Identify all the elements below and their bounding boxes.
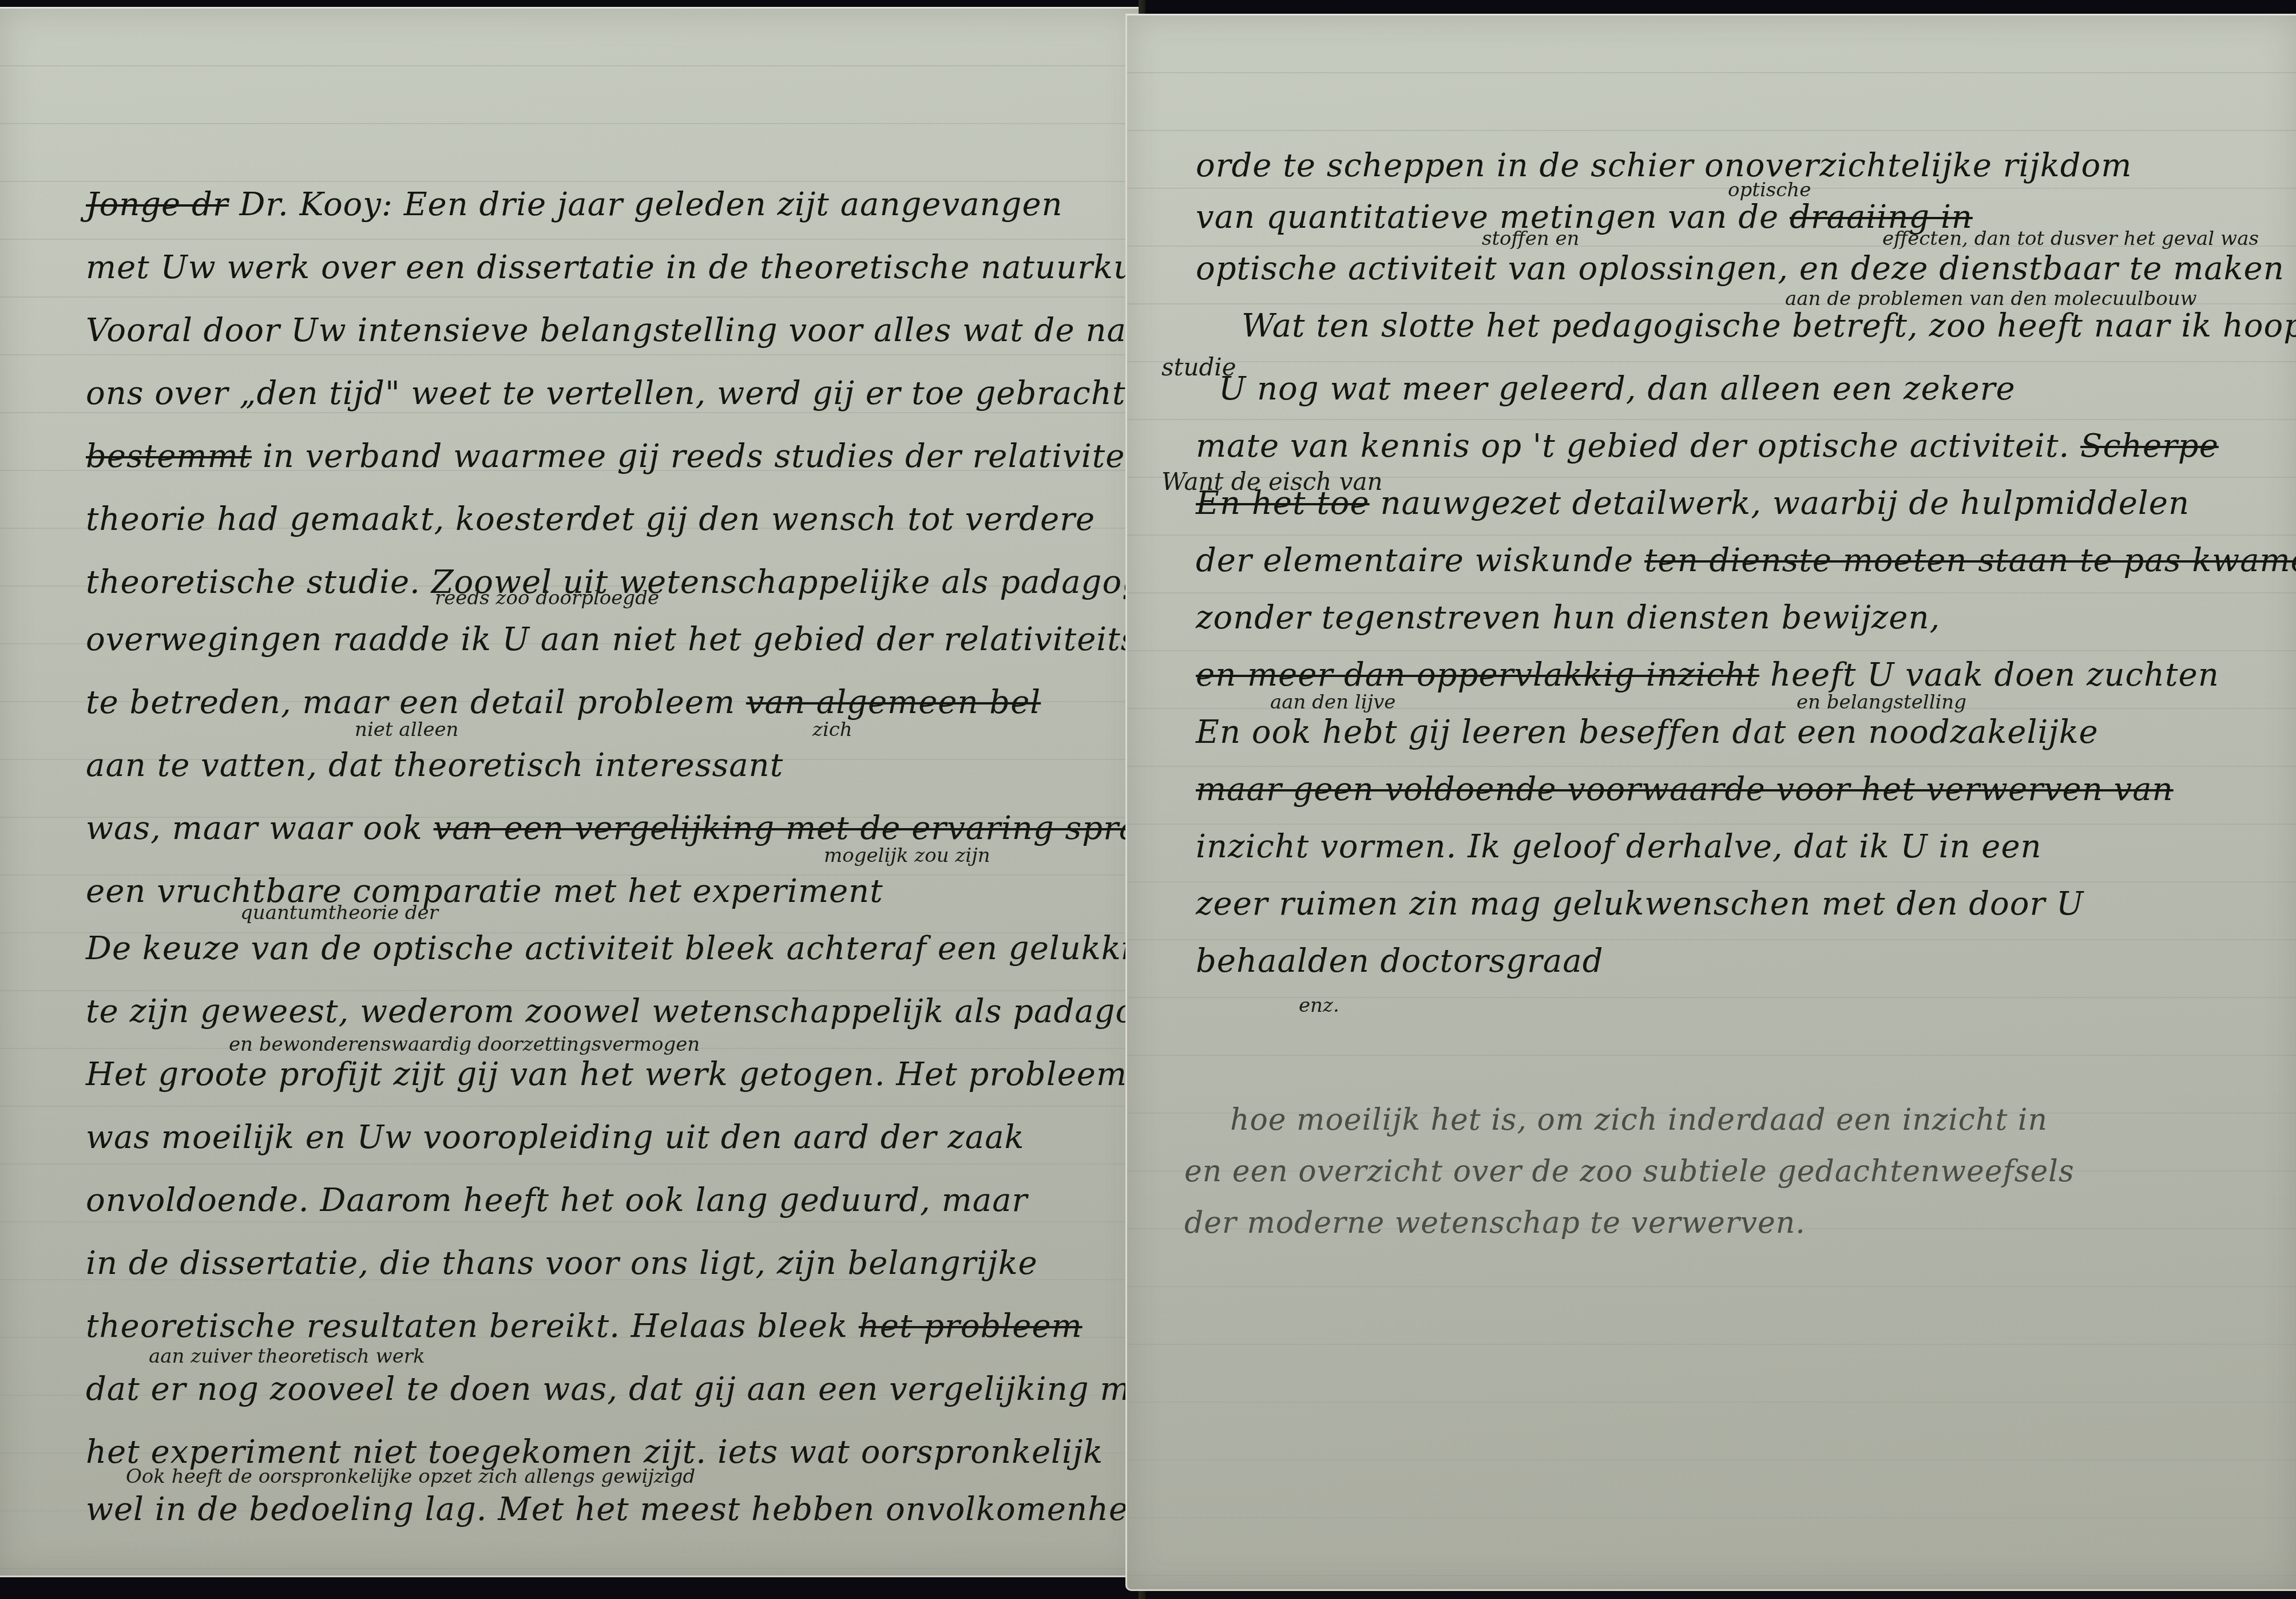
line-8: der elementaire wiskunde ten dienste moe… xyxy=(1196,542,2296,579)
struck-text: en meer dan oppervlakkig inzicht xyxy=(1196,656,1759,694)
insertion-note: optische xyxy=(1728,179,1811,201)
line-19: theoretische resultaten bereikt. Helaas … xyxy=(86,1308,1082,1345)
line-10: aan te vatten, dat theoretisch interessa… xyxy=(86,747,783,784)
line-15: behaalden doctorsgraad xyxy=(1196,943,1603,980)
line-4: Wat ten slotte het pedagogische betreft,… xyxy=(1242,307,2296,345)
insertion-note: effecten, dan tot dusver het geval was xyxy=(1882,227,2259,250)
line-15: Het groote profijt zijt gij van het werk… xyxy=(86,1056,1127,1093)
line-1: Jonge dr Dr. Kooy: Een drie jaar geleden… xyxy=(86,186,1063,223)
struck-text: Jonge dr xyxy=(86,186,229,223)
line-10: en meer dan oppervlakkig inzicht heeft U… xyxy=(1196,656,2219,694)
line-text: Dr. Kooy: Een drie jaar geleden zijt aan… xyxy=(239,186,1062,223)
struck-text: bestemmt xyxy=(86,438,252,475)
line-11: was, maar waar ook van een vergelijking … xyxy=(86,810,1178,847)
struck-text: Scherpe xyxy=(2080,428,2219,465)
insertion-note: stoffen en xyxy=(1482,227,1580,250)
line-5: U nog wat meer geleerd, dan alleen een z… xyxy=(1219,370,2016,407)
insertion-note: Ook heeft de oorspronkelijke opzet zich … xyxy=(126,1465,695,1488)
line-22: wel in de bedoeling lag. Met het meest h… xyxy=(86,1491,1190,1528)
pencil-line-3: der moderne wetenschap te verwerven. xyxy=(1184,1206,1806,1240)
struck-text: van een vergelijking met de ervaring spr… xyxy=(434,810,1179,847)
line-18: in de dissertatie, die thans voor ons li… xyxy=(86,1245,1038,1282)
line-16: was moeilijk en Uw vooropleiding uit den… xyxy=(86,1119,1025,1156)
line-7: En het toe nauwgezet detailwerk, waarbij… xyxy=(1196,485,2190,522)
insertion-note: reeds zoo doorploegde xyxy=(435,587,659,609)
line-9: te betreden, maar een detail probleem va… xyxy=(86,684,1041,721)
line-13: inzicht vormen. Ik geloof derhalve, dat … xyxy=(1196,828,2042,865)
struck-text: van algemeen bel xyxy=(746,684,1041,721)
line-text: in verband waarmee gij reeds studies der… xyxy=(263,438,1177,475)
line-text: theoretische resultaten bereikt. Helaas … xyxy=(86,1308,848,1345)
line-3: Vooral door Uw intensieve belangstelling… xyxy=(86,312,1301,349)
line-1: orde te scheppen in de schier onoverzich… xyxy=(1196,147,2132,184)
pencil-line-1: hoe moeilijk het is, om zich inderdaad e… xyxy=(1230,1103,2048,1137)
struck-text: ten dienste moeten staan te pas kwamen, xyxy=(1644,542,2296,579)
line-text: mate van kennis op 't gebied der optisch… xyxy=(1196,428,2069,465)
insertion-note: zich xyxy=(812,718,852,741)
line-20: dat er nog zooveel te doen was, dat gij … xyxy=(86,1371,1164,1408)
line-text: heeft U vaak doen zuchten xyxy=(1770,656,2219,694)
line-8: overwegingen raadde ik U aan niet het ge… xyxy=(86,621,1258,658)
line-text: nauwgezet detailwerk, waarbij de hulpmid… xyxy=(1380,485,2190,522)
line-9: zonder tegenstreven hun diensten bewijze… xyxy=(1196,599,1940,636)
struck-text: het probleem xyxy=(859,1308,1082,1345)
enz-note: enz. xyxy=(1299,994,1339,1017)
insertion-note: mogelijk zou zijn xyxy=(824,844,990,867)
line-14: zeer ruimen zin mag gelukwenschen met de… xyxy=(1196,885,2084,923)
continuation-note: aan de problemen van den molecuulbouw xyxy=(1785,287,2197,310)
line-5: bestemmt in verband waarmee gij reeds st… xyxy=(86,438,1177,475)
insertion-note: niet alleen xyxy=(355,718,459,741)
line-text: te betreden, maar een detail probleem xyxy=(86,684,735,721)
line-13: De keuze van de optische activiteit blee… xyxy=(86,930,1173,967)
struck-text: En het toe xyxy=(1196,485,1370,522)
line-4: ons over „den tijd" weet te vertellen, w… xyxy=(86,375,1125,412)
insertion-note: aan zuiver theoretisch werk xyxy=(149,1345,425,1368)
insertion-note: en belangstelling xyxy=(1797,691,1966,714)
insertion-note: aan den lijve xyxy=(1270,691,1395,714)
line-2: van quantitatieve metingen van de draaii… xyxy=(1196,199,1973,236)
line-text: der elementaire wiskunde xyxy=(1196,542,1633,579)
line-17: onvoldoende. Daarom heeft het ook lang g… xyxy=(86,1182,1028,1219)
right-manuscript-page: orde te scheppen in de schier onoverzich… xyxy=(1125,14,2296,1591)
insertion-note: quantumtheorie der xyxy=(240,901,438,924)
insertion-note: en bewonderenswaardig doorzettingsvermog… xyxy=(229,1033,700,1056)
line-3: optische activiteit van oplossingen, en … xyxy=(1196,250,2285,287)
line-11: En ook hebt gij leeren beseffen dat een … xyxy=(1196,714,2099,751)
line-text: was, maar waar ook xyxy=(86,810,423,847)
pencil-line-2: en een overzicht over de zoo subtiele ge… xyxy=(1184,1154,2075,1189)
line-12: een vruchtbare comparatie met het experi… xyxy=(86,873,883,910)
line-6: mate van kennis op 't gebied der optisch… xyxy=(1196,428,2219,465)
line-14: te zijn geweest, wederom zoowel wetensch… xyxy=(86,993,1235,1030)
line-6: theorie had gemaakt, koesterdet gij den … xyxy=(86,501,1095,538)
left-manuscript-page: Jonge dr Dr. Kooy: Een drie jaar geleden… xyxy=(0,7,1140,1577)
line-2: met Uw werk over een dissertatie in de t… xyxy=(86,249,1207,286)
line-12: maar geen voldoende voorwaarde voor het … xyxy=(1196,771,2174,808)
